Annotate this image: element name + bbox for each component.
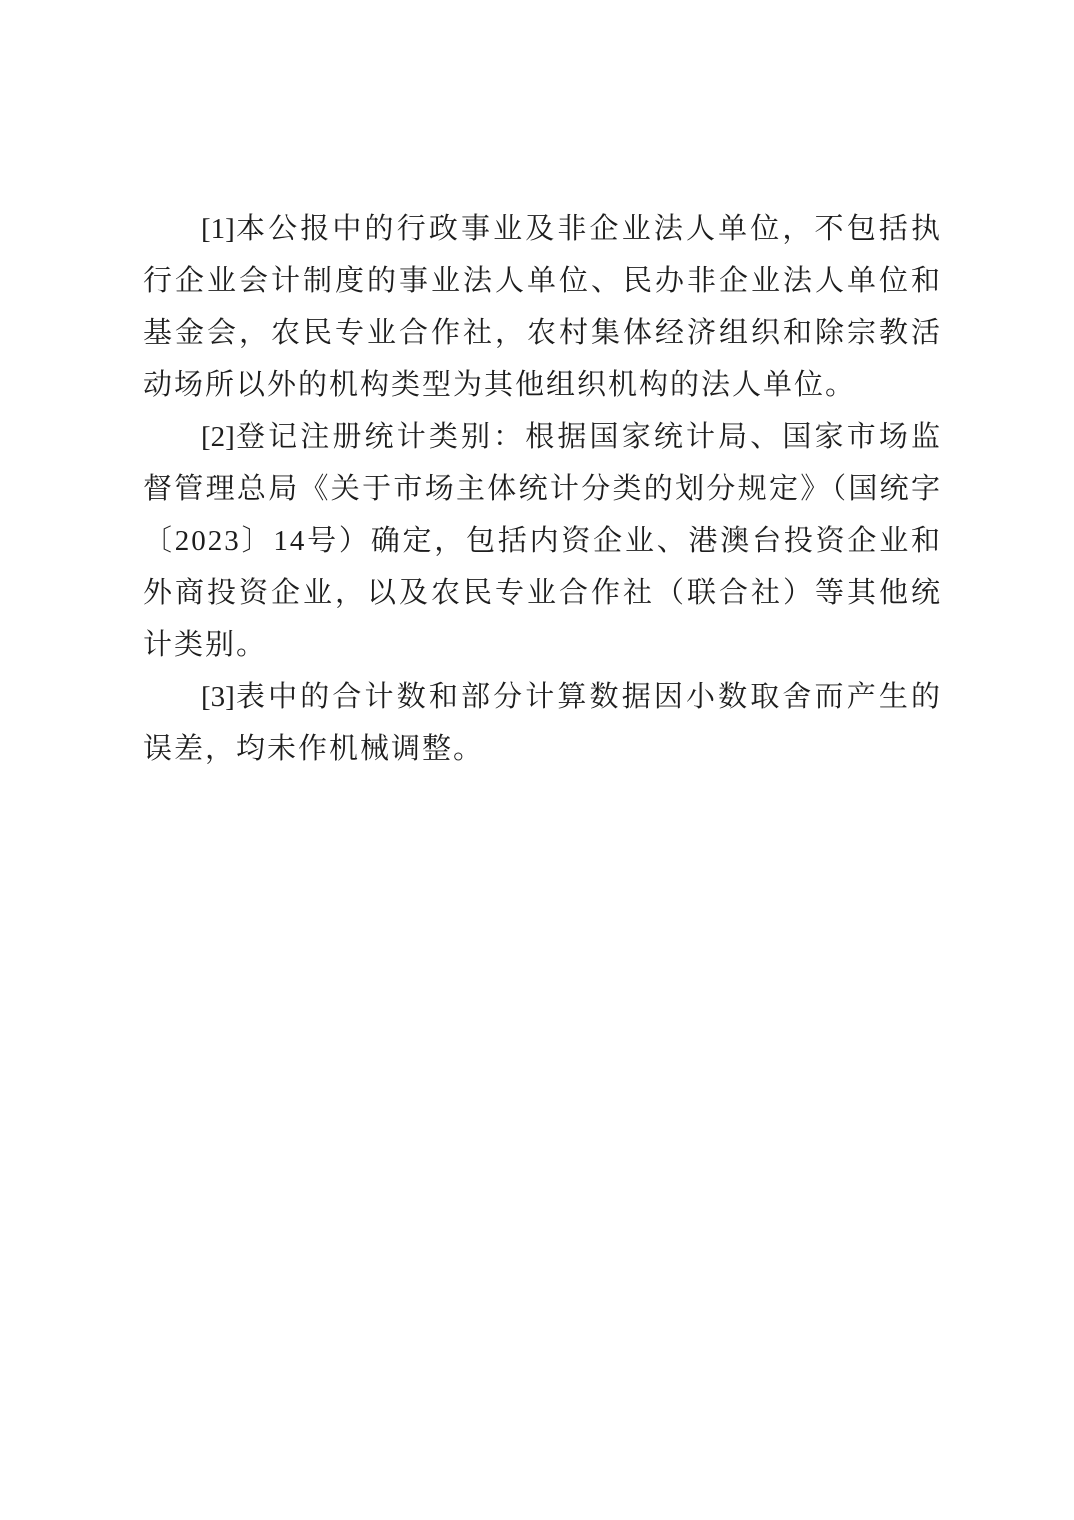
footnote-3-text: 表中的合计数和部分计算数据因小数取舍而产生的误差，均未作机械调整。 [143, 681, 942, 765]
document-page: [1]本公报中的行政事业及非企业法人单位，不包括执行企业会计制度的事业法人单位、… [0, 0, 1074, 1520]
footnote-3-marker: [3] [201, 681, 235, 713]
footnote-1: [1]本公报中的行政事业及非企业法人单位，不包括执行企业会计制度的事业法人单位、… [143, 203, 942, 411]
footnote-3: [3]表中的合计数和部分计算数据因小数取舍而产生的误差，均未作机械调整。 [143, 671, 942, 775]
footnote-2-marker: [2] [201, 421, 235, 453]
footnote-2-text: 登记注册统计类别：根据国家统计局、国家市场监督管理总局《关于市场主体统计分类的划… [143, 421, 942, 661]
footnote-1-text: 本公报中的行政事业及非企业法人单位，不包括执行企业会计制度的事业法人单位、民办非… [143, 213, 942, 401]
footnote-2: [2]登记注册统计类别：根据国家统计局、国家市场监督管理总局《关于市场主体统计分… [143, 411, 942, 671]
footnotes-section: [1]本公报中的行政事业及非企业法人单位，不包括执行企业会计制度的事业法人单位、… [143, 203, 942, 775]
footnote-1-marker: [1] [201, 213, 235, 245]
